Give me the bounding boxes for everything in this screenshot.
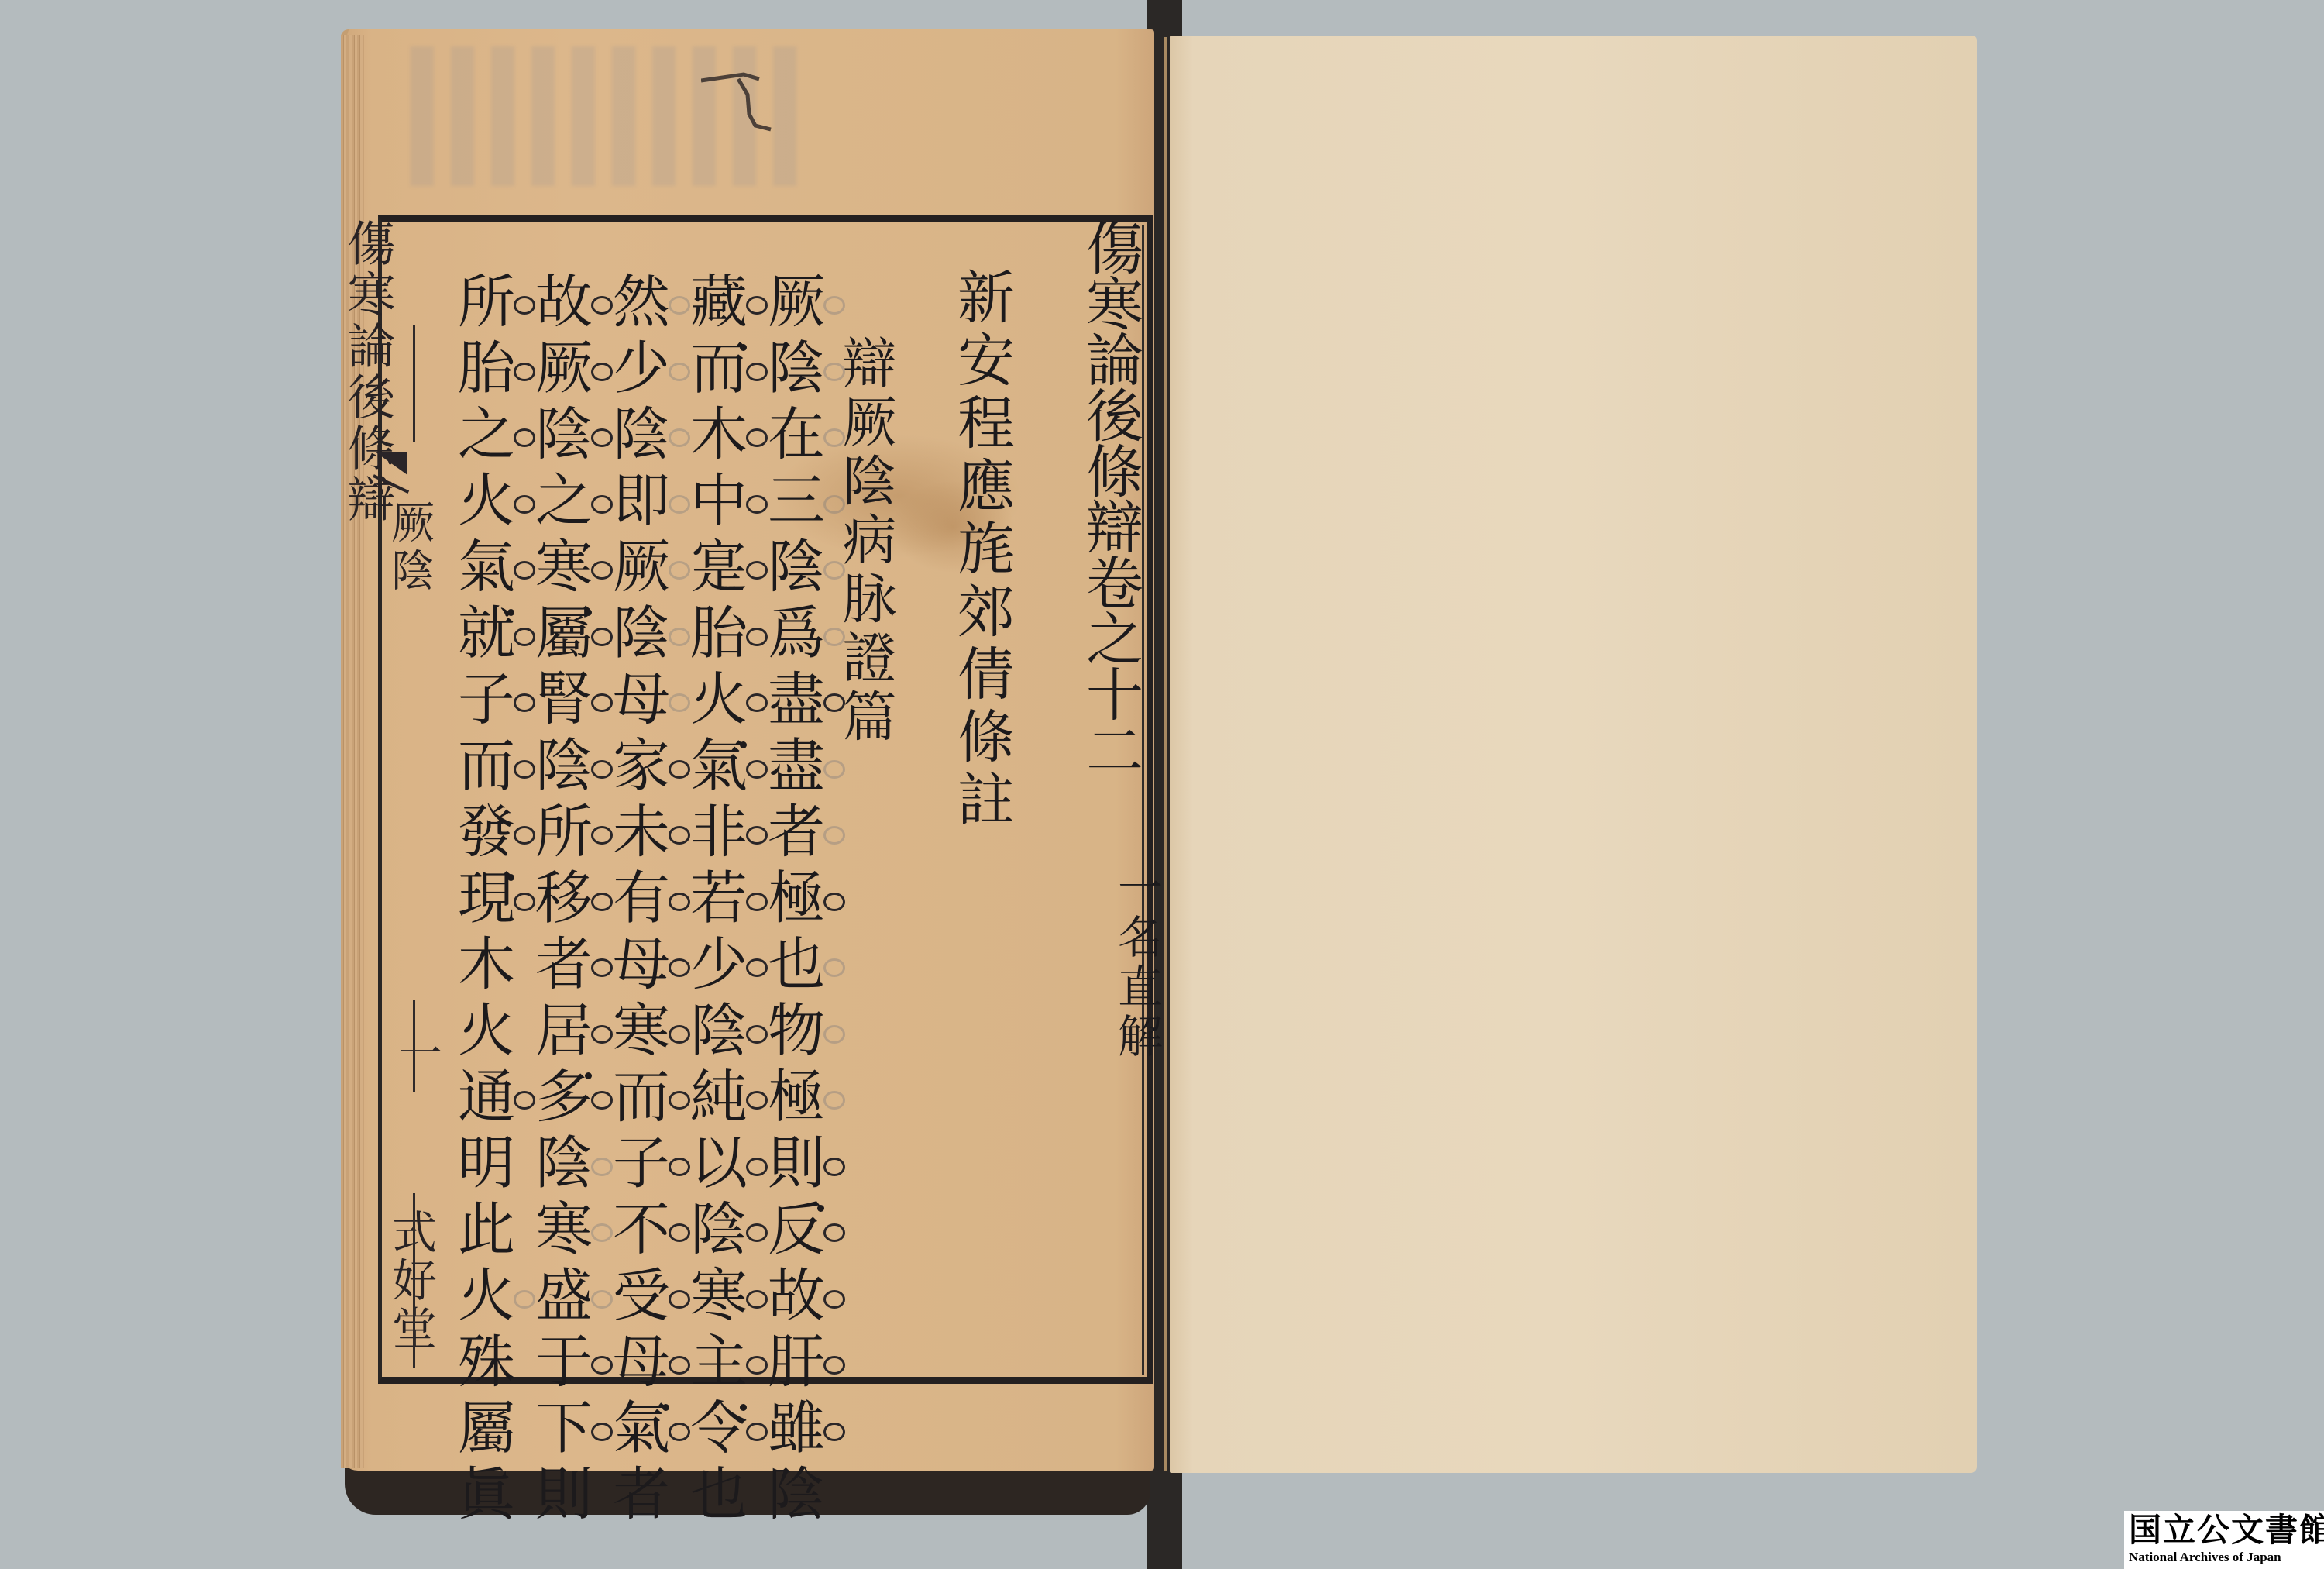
emphasis-marks-col1 <box>823 273 844 1465</box>
margin-rule <box>413 325 415 442</box>
ink-smudge <box>701 71 794 141</box>
chapter-heading: 辯厥陰病脉證篇 <box>838 335 892 747</box>
right-page-blank <box>1170 36 1977 1473</box>
page-gutter <box>1164 37 1167 1471</box>
alternate-title: 一名直解 <box>1114 864 1159 1062</box>
archive-name-en: National Archives of Japan <box>2129 1550 2281 1565</box>
archive-name-ja: 国立公文書館 <box>2129 1512 2324 1548</box>
body-column-4: 故厥陰之寒屬腎陰所移者居多陰寒盛于下則 <box>531 271 588 1530</box>
author-line: 新安程應旄郊倩條註 <box>953 267 1010 832</box>
fishtail-mark <box>375 452 407 475</box>
body-column-1: 厥陰在三陰爲盡盡者極也物極則反故肝雖陰 <box>763 271 820 1530</box>
archive-logo: 国立公文書館 National Archives of Japan <box>2124 1511 2324 1569</box>
margin-book-title: 傷寒論後條辯 <box>333 218 402 525</box>
margin-rule <box>413 1193 415 1368</box>
body-column-5: 所胎之火氣就子而發現木火通明此火殊屬眞 <box>453 271 511 1530</box>
body-column-3: 然少陰即厥陰母家未有母寒而子不受母氣者 <box>608 271 665 1530</box>
emphasis-marks-col3 <box>668 273 689 1465</box>
body-column-2: 藏而木中寔胎火氣非若少陰純以陰寒主令也 <box>686 271 743 1530</box>
emphasis-marks-col2 <box>745 273 767 1465</box>
margin-section-label: 厥陰 <box>378 500 440 596</box>
margin-page-number: 一 <box>386 1031 448 1074</box>
volume-title: 傷寒論後條辯卷之十二 <box>1081 218 1139 776</box>
emphasis-marks-col4 <box>590 273 612 1465</box>
emphasis-marks-col5 <box>513 273 535 1465</box>
margin-rule <box>413 1000 415 1092</box>
margin-publisher: 式好堂 <box>378 1209 443 1353</box>
